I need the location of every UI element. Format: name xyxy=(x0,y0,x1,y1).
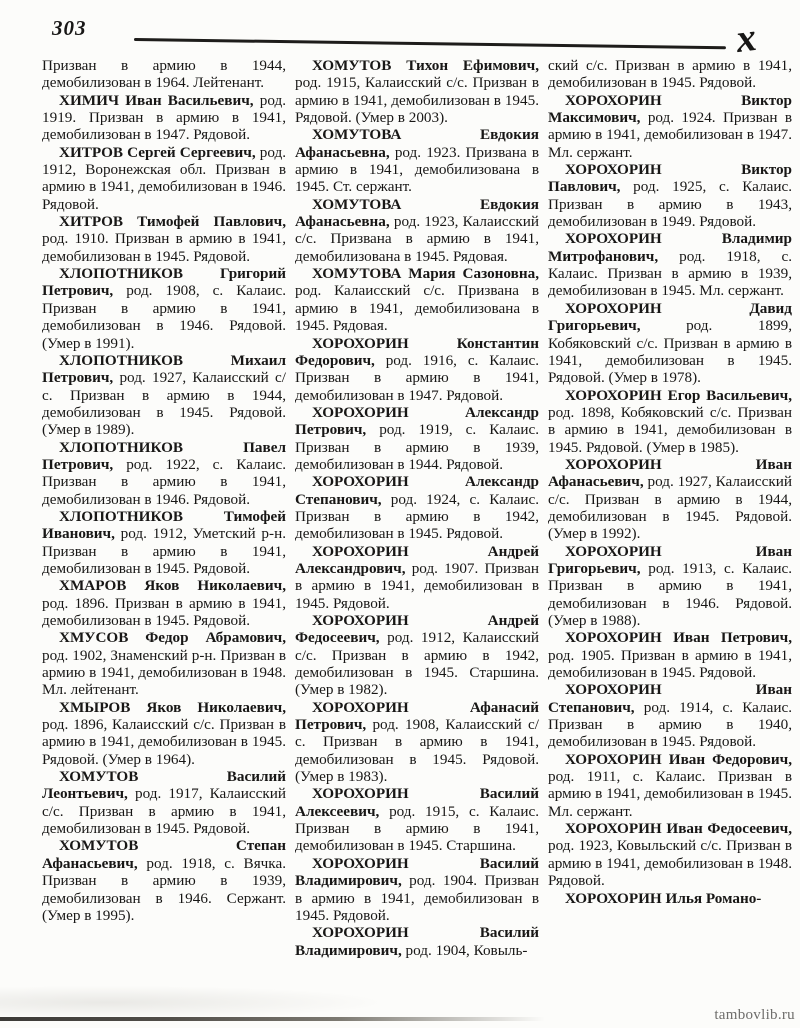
entry: ХМАРОВ Яков Николаевич, род. 1896. Призв… xyxy=(42,577,286,629)
entry: ХОРОХОРИН Иван Афанасьевич, род. 1927, К… xyxy=(548,456,792,543)
entry-text: род. Калаисский с/с. Призвана в армию в … xyxy=(295,282,539,334)
entry: ХОРОХОРИН Илья Романо- xyxy=(548,890,792,907)
entry-continuation: ский с/с. Призван в армию в 1941, демоби… xyxy=(548,57,792,92)
watermark: tambovlib.ru xyxy=(714,1007,795,1024)
entry-name: ХМЫРОВ Яков Николаевич, xyxy=(59,699,286,716)
column-2: ХОМУТОВ Тихон Ефимович, род. 1915, Калаи… xyxy=(295,57,539,959)
entry: ХОМУТОВ Степан Афанасьевич, род. 1918, с… xyxy=(42,837,286,924)
column-1: Призван в армию в 1944, демобилизован в … xyxy=(42,57,286,959)
entry-name: ХОРОХОРИН Иван Федорович, xyxy=(565,751,792,768)
entry-name: ХОРОХОРИН Иван Федосеевич, xyxy=(565,820,792,837)
text-columns: Призван в армию в 1944, демобилизован в … xyxy=(42,57,794,959)
entry: ХОМУТОВА Евдокия Афанасьевна, род. 1923,… xyxy=(295,196,539,265)
entry-text: ский с/с. Призван в армию в 1941, демоби… xyxy=(548,57,792,91)
entry-name: ХИТРОВ Тимофей Павлович, xyxy=(59,213,286,230)
entry: ХОМУТОВ Тихон Ефимович, род. 1915, Калаи… xyxy=(295,57,539,126)
entry: ХОРОХОРИН Иван Федосеевич, род. 1923, Ко… xyxy=(548,820,792,889)
section-letter: х xyxy=(733,13,759,62)
entry-text: род. 1902, Знаменский р-н. Призван в арм… xyxy=(42,647,286,699)
entry: ХОРОХОРИН Иван Григорьевич, род. 1913, с… xyxy=(548,543,792,630)
entry-text: род. 1898, Кобяковский с/с. Призван в ар… xyxy=(548,404,792,456)
entry: ХОРОХОРИН Андрей Федосеевич, род. 1912, … xyxy=(295,612,539,699)
entry-name: ХИТРОВ Сергей Сергеевич, xyxy=(59,144,256,161)
entry: ХОРОХОРИН Иван Федорович, род. 1911, с. … xyxy=(548,751,792,820)
entry: ХОРОХОРИН Александр Петрович, род. 1919,… xyxy=(295,404,539,473)
column-3: ский с/с. Призван в армию в 1941, демоби… xyxy=(548,57,792,959)
entry-text: род. 1904, Ковыль- xyxy=(406,942,528,959)
entry: ХОРОХОРИН Владимир Митрофанович, род. 19… xyxy=(548,230,792,299)
scanned-page: { "page": { "number": "303", "section_le… xyxy=(0,0,800,1028)
page-number: 303 xyxy=(52,16,87,41)
entry: ХОРОХОРИН Василий Владимирович, род. 190… xyxy=(295,924,539,959)
entry: ХЛОПОТНИКОВ Павел Петрович, род. 1922, с… xyxy=(42,439,286,508)
entry: ХМУСОВ Федор Абрамович, род. 1902, Знаме… xyxy=(42,629,286,698)
entry: ХОРОХОРИН Василий Владимирович, род. 190… xyxy=(295,855,539,924)
entry-text: род. 1911, с. Калаис. Призван в армию в … xyxy=(548,768,792,820)
entry: ХОРОХОРИН Иван Петрович, род. 1905. Приз… xyxy=(548,629,792,681)
entry: ХЛОПОТНИКОВ Григорий Петрович, род. 1908… xyxy=(42,265,286,352)
entry: ХОРОХОРИН Иван Степанович, род. 1914, с.… xyxy=(548,681,792,750)
entry: ХОРОХОРИН Давид Григорьевич, род. 1899, … xyxy=(548,300,792,387)
entry: ХОМУТОВА Евдокия Афанасьевна, род. 1923.… xyxy=(295,126,539,195)
entry-name: ХМАРОВ Яков Николаевич, xyxy=(59,577,286,594)
entry-name: ХОМУТОВ Тихон Ефимович, xyxy=(312,57,539,74)
entry: ХОМУТОВА Мария Сазоновна, род. Калаисски… xyxy=(295,265,539,334)
scan-edge-artifact xyxy=(0,1017,545,1021)
entry: ХИТРОВ Тимофей Павлович, род. 1910. Приз… xyxy=(42,213,286,265)
entry-text: род. 1915, Калаисский с/с. Призван в арм… xyxy=(295,74,539,126)
entry: ХЛОПОТНИКОВ Михаил Петрович, род. 1927, … xyxy=(42,352,286,439)
entry-name: ХОРОХОРИН Илья Романо- xyxy=(565,890,761,907)
entry-name: ХИМИЧ Иван Васильевич, xyxy=(59,92,254,109)
entry-text: род. 1905. Призван в армию в 1941, демоб… xyxy=(548,647,792,681)
entry-name: ХОРОХОРИН Егор Васильевич, xyxy=(565,387,792,404)
entry: ХОРОХОРИН Виктор Павлович, род. 1925, с.… xyxy=(548,161,792,230)
entry: ХОРОХОРИН Егор Васильевич, род. 1898, Ко… xyxy=(548,387,792,456)
header-rule xyxy=(134,38,726,49)
entry: ХОРОХОРИН Александр Степанович, род. 192… xyxy=(295,473,539,542)
entry: ХМЫРОВ Яков Николаевич, род. 1896, Калаи… xyxy=(42,699,286,768)
entry-text: род. 1896. Призван в армию в 1941, демоб… xyxy=(42,595,286,629)
entry-name: ХМУСОВ Федор Абрамович, xyxy=(59,629,286,646)
entry: ХОРОХОРИН Виктор Максимович, род. 1924. … xyxy=(548,92,792,161)
entry-text: род. 1910. Призван в армию в 1941, демоб… xyxy=(42,230,286,264)
entry: ХОРОХОРИН Афанасий Петрович, род. 1908, … xyxy=(295,699,539,786)
entry-text: род. 1896, Калаисский с/с. Призван в арм… xyxy=(42,716,286,768)
entry: ХОРОХОРИН Константин Федорович, род. 191… xyxy=(295,335,539,404)
scan-smudge-artifact xyxy=(0,986,380,1016)
entry: ХЛОПОТНИКОВ Тимофей Иванович, род. 1912,… xyxy=(42,508,286,577)
entry: ХОРОХОРИН Василий Алексеевич, род. 1915,… xyxy=(295,785,539,854)
entry: ХИМИЧ Иван Васильевич, род. 1919. Призва… xyxy=(42,92,286,144)
entry: ХИТРОВ Сергей Сергеевич, род. 1912, Воро… xyxy=(42,144,286,213)
entry-continuation: Призван в армию в 1944, демобилизован в … xyxy=(42,57,286,92)
entry-name: ХОМУТОВА Мария Сазоновна, xyxy=(312,265,539,282)
entry-name: ХОРОХОРИН Иван Петрович, xyxy=(565,629,792,646)
entry-text: Призван в армию в 1944, демобилизован в … xyxy=(42,57,286,91)
entry: ХОМУТОВ Василий Леонтьевич, род. 1917, К… xyxy=(42,768,286,837)
entry: ХОРОХОРИН Андрей Александрович, род. 190… xyxy=(295,543,539,612)
entry-text: род. 1923, Ковыльский с/с. Призван в арм… xyxy=(548,837,792,889)
